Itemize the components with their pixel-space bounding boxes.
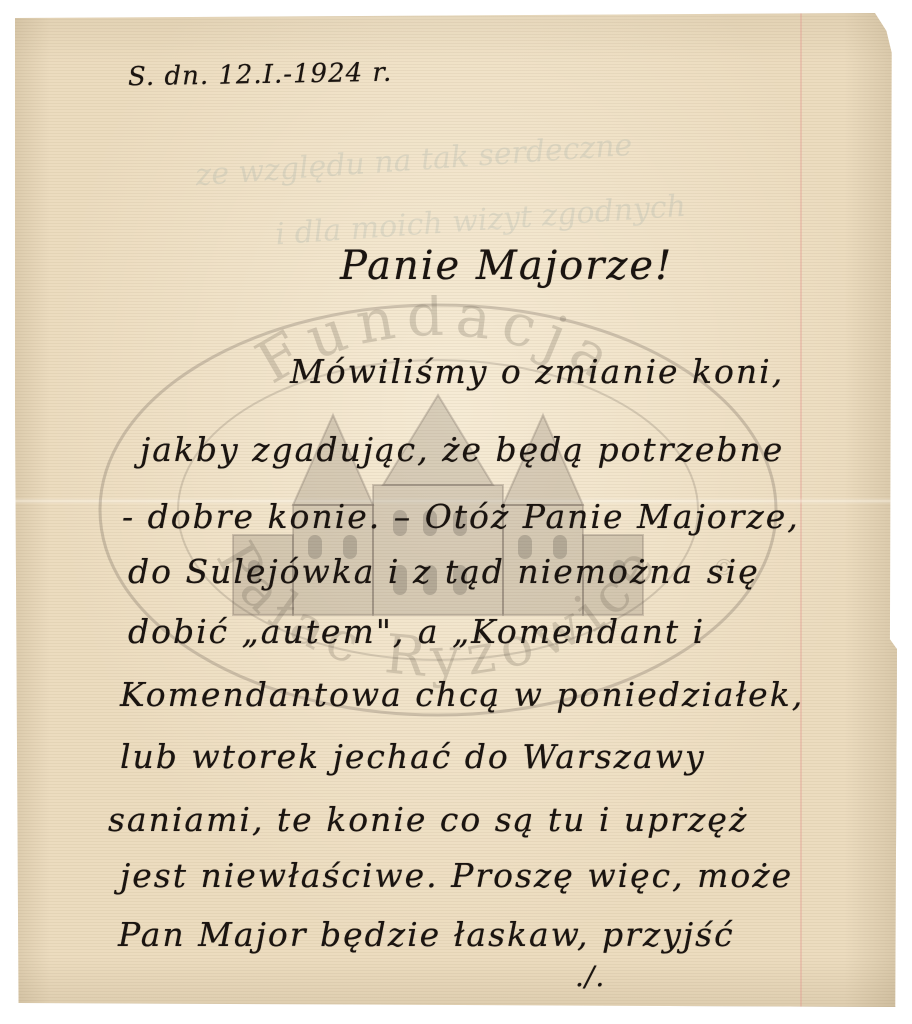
letter-line: Mówiliśmy o zmianie koni,: [290, 352, 784, 391]
letter-line: dobić „autem", a „Komendant i: [128, 612, 705, 651]
letter-line: do Sulejówka i z tąd niemożna się: [128, 552, 760, 591]
letter-salutation: Panie Majorze!: [340, 243, 673, 289]
letter-line: - dobre konie. – Otóż Panie Majorze,: [122, 497, 800, 536]
reverse-side-showthrough: ze względu na tak serdeczne: [194, 128, 633, 193]
page-continuation-mark: ./.: [575, 960, 605, 993]
letter-line: jest niewłaściwe. Proszę więc, może: [120, 856, 793, 895]
letter-line: Komendantowa chcą w poniedziałek,: [120, 675, 804, 714]
letter-line: Pan Major będzie łaskaw, przyjść: [118, 915, 735, 954]
letter-line: saniami, te konie co są tu i uprzęż: [108, 800, 748, 839]
letter-date: S. dn. 12.I.-1924 r.: [128, 58, 393, 93]
letter-line: jakby zgadując, że będą potrzebne: [140, 430, 784, 469]
letter-line: lub wtorek jechać do Warszawy: [120, 737, 706, 776]
margin-rule-line: [800, 13, 802, 1007]
